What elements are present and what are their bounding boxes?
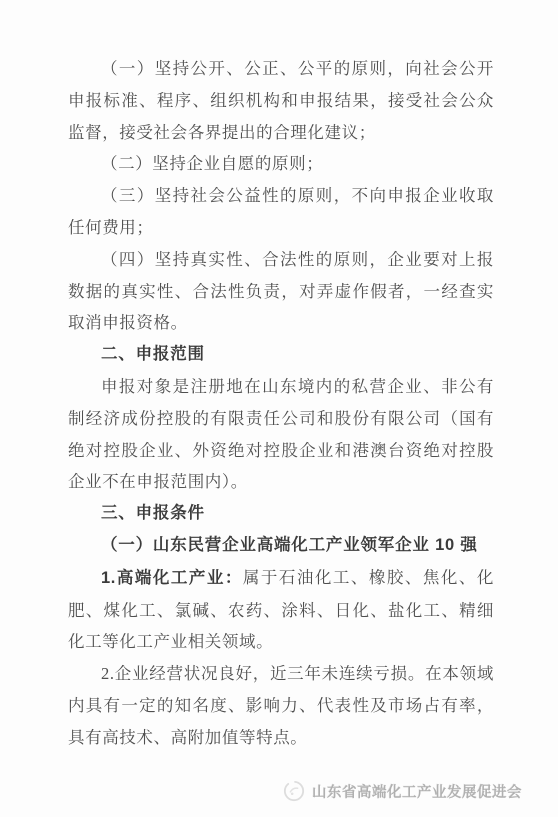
- paragraph-condition-2: 2.企业经营状况良好，近三年未连续亏损。在本领域内具有一定的知名度、影响力、代表…: [68, 658, 494, 753]
- paragraph-condition-1: 1.高端化工产业：属于石油化工、橡胶、焦化、化肥、煤化工、氯碱、农药、涂料、日化…: [68, 562, 494, 658]
- subsection-heading-top10-enterprises: （一）山东民营企业高端化工产业领军企业 10 强: [68, 530, 494, 562]
- document-page: （一）坚持公开、公正、公平的原则，向社会公开申报标准、程序、组织机构和申报结果，…: [0, 0, 558, 817]
- paragraph-principle-4: （四）坚持真实性、合法性的原则，企业要对上报数据的真实性、合法性负责，对弄虚作假…: [68, 244, 494, 339]
- section-heading-application-conditions: 三、申报条件: [68, 498, 494, 530]
- paragraph-principle-1: （一）坚持公开、公正、公平的原则，向社会公开申报标准、程序、组织机构和申报结果，…: [68, 53, 494, 148]
- paragraph-principle-3: （三）坚持社会公益性的原则，不向申报企业收取任何费用；: [68, 180, 494, 244]
- org-logo-icon: [283, 780, 305, 802]
- paragraph-condition-1-lead: 1.高端化工产业：: [101, 569, 243, 587]
- footer-watermark: 山东省高端化工产业发展促进会: [283, 780, 522, 802]
- section-heading-application-scope: 二、申报范围: [68, 339, 494, 371]
- document-body: （一）坚持公开、公正、公平的原则，向社会公开申报标准、程序、组织机构和申报结果，…: [68, 53, 494, 754]
- paragraph-application-scope: 申报对象是注册地在山东境内的私营企业、非公有制经济成份控股的有限责任公司和股份有…: [68, 371, 494, 498]
- footer-org-name: 山东省高端化工产业发展促进会: [312, 781, 522, 802]
- paragraph-principle-2: （二）坚持企业自愿的原则；: [68, 148, 494, 180]
